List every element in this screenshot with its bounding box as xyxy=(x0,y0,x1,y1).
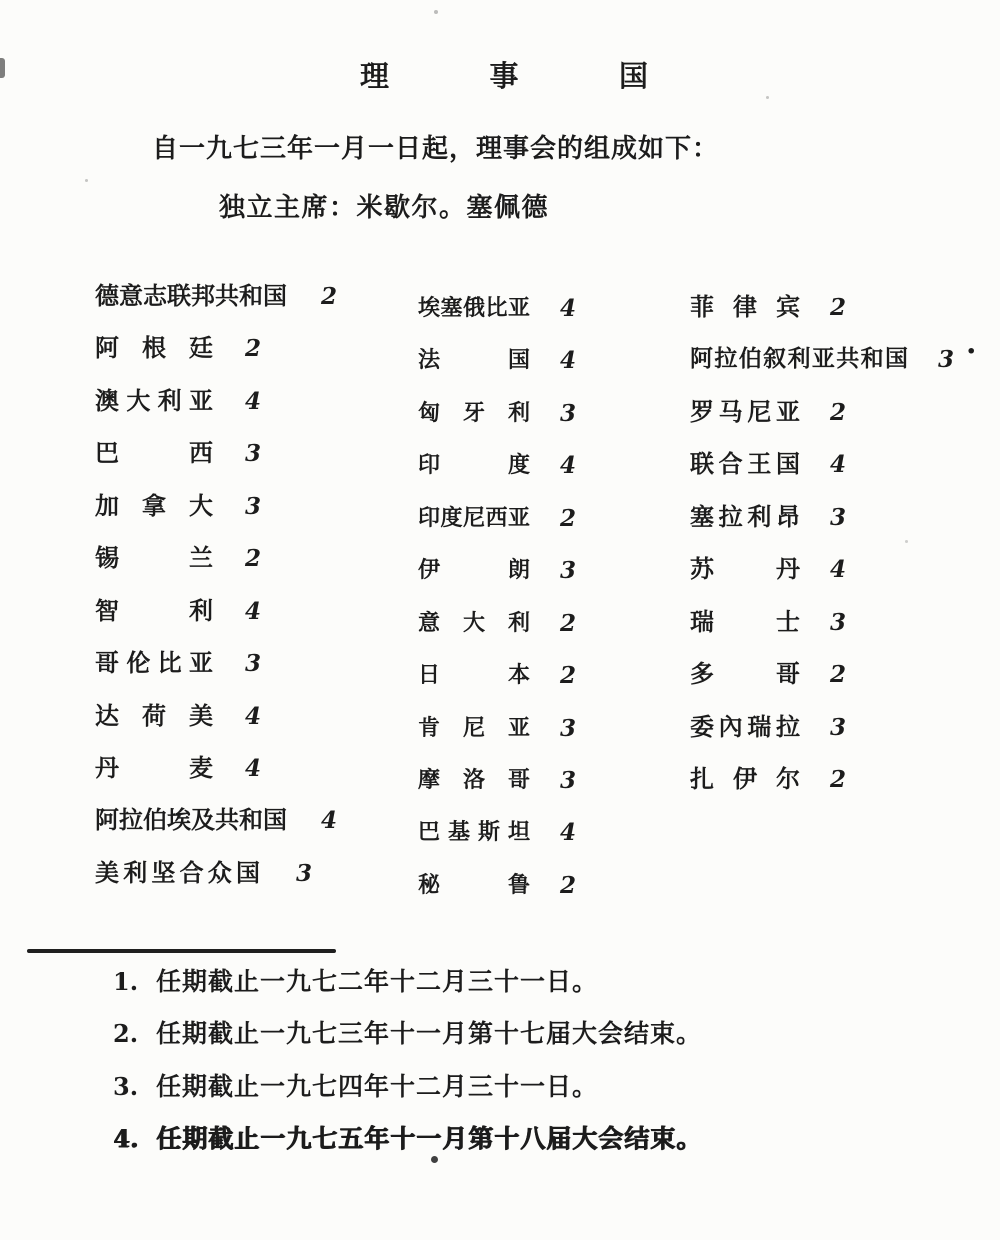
country-name: 苏丹 xyxy=(690,554,800,584)
member-row: 埃塞俄比亚4 xyxy=(418,293,576,345)
footnote-item: 1.任期截止一九七二年十二月三十一日。 xyxy=(113,966,702,1018)
member-row: 塞拉利昂3 xyxy=(690,502,976,554)
term-length-number: 4 xyxy=(830,449,846,480)
term-length-number: 2 xyxy=(560,870,576,901)
term-length-number: 3 xyxy=(296,858,312,889)
scan-speck xyxy=(434,10,438,14)
country-name: 瑞士 xyxy=(690,607,800,637)
footnote-item: 4.任期截止一九七五年十一月第十八届大会结束。 xyxy=(113,1123,702,1175)
term-length-number: 3 xyxy=(245,438,261,469)
country-name: 阿拉伯埃及共和国 xyxy=(95,805,287,835)
term-length-number: 3 xyxy=(938,344,954,375)
term-length-number: 4 xyxy=(560,293,576,324)
term-length-number: 2 xyxy=(321,281,337,312)
term-length-number: 2 xyxy=(830,764,846,795)
member-column-2: 埃塞俄比亚4法国4匈牙利3印度4印度尼西亚2伊朗3意大利2日本2肯尼亚3摩洛哥3… xyxy=(418,293,576,922)
term-length-number: 3 xyxy=(560,765,576,796)
footnote-number: 1. xyxy=(113,966,156,1018)
member-column-1: 德意志联邦共和国2阿根廷2澳大利亚4巴西3加拿大3锡兰2智利4哥伦比亚3达荷美4… xyxy=(95,281,337,910)
footnote-number: 3. xyxy=(113,1071,156,1123)
footnote-item: 2.任期截止一九七三年十一月第十七届大会结束。 xyxy=(113,1018,702,1070)
term-length-number: 2 xyxy=(560,503,576,534)
term-length-number: 4 xyxy=(245,701,261,732)
term-length-number: 3 xyxy=(830,607,846,638)
member-row: 巴西3 xyxy=(95,438,337,490)
country-name: 扎伊尔 xyxy=(690,764,800,794)
country-name: 阿拉伯叙利亚共和国 xyxy=(690,344,908,374)
member-row: 多哥2 xyxy=(690,659,976,711)
footnote-item: 3.任期截止一九七四年十二月三十一日。 xyxy=(113,1071,702,1123)
member-row: 秘鲁2 xyxy=(418,870,576,922)
member-row: 达荷美4 xyxy=(95,701,337,753)
country-name: 埃塞俄比亚 xyxy=(418,293,530,323)
term-length-number: 2 xyxy=(830,292,846,323)
member-row: 匈牙利3 xyxy=(418,398,576,450)
country-name: 委內瑞拉 xyxy=(690,712,800,742)
member-row: 印度尼西亚2 xyxy=(418,503,576,555)
member-row: 委內瑞拉3 xyxy=(690,712,976,764)
country-name: 锡兰 xyxy=(95,543,213,573)
footnote-text: 任期截止一九七三年十一月第十七届大会结束。 xyxy=(156,1018,702,1070)
footnote-number: 4. xyxy=(113,1123,156,1175)
country-name: 肯尼亚 xyxy=(418,713,530,743)
member-row: 瑞士3 xyxy=(690,607,976,659)
country-name: 丹麦 xyxy=(95,753,213,783)
country-name: 澳大利亚 xyxy=(95,386,213,416)
country-name: 匈牙利 xyxy=(418,398,530,428)
footnote-number: 2. xyxy=(113,1018,156,1070)
country-name: 罗马尼亚 xyxy=(690,397,800,427)
country-name: 印度 xyxy=(418,450,530,480)
term-length-number: 2 xyxy=(245,333,261,364)
term-length-number: 4 xyxy=(560,345,576,376)
country-name: 德意志联邦共和国 xyxy=(95,281,287,311)
member-row: 阿拉伯叙利亚共和国3· xyxy=(690,344,976,396)
member-row: 联合王国4 xyxy=(690,449,976,501)
member-row: 印度4 xyxy=(418,450,576,502)
member-row: 澳大利亚4 xyxy=(95,386,337,438)
country-name: 多哥 xyxy=(690,659,800,689)
member-row: 锡兰2 xyxy=(95,543,337,595)
term-length-number: 3 xyxy=(830,712,846,743)
country-name: 哥伦比亚 xyxy=(95,648,213,678)
member-column-3: 菲律宾2阿拉伯叙利亚共和国3·罗马尼亚2联合王国4塞拉利昂3苏丹4瑞士3多哥2委… xyxy=(690,292,976,816)
country-name: 达荷美 xyxy=(95,701,213,731)
footnote-divider-line xyxy=(27,949,336,953)
country-name: 加拿大 xyxy=(95,491,213,521)
country-name: 联合王国 xyxy=(690,449,800,479)
member-row: 日本2 xyxy=(418,660,576,712)
member-row: 肯尼亚3 xyxy=(418,713,576,765)
member-row: 哥伦比亚3 xyxy=(95,648,337,700)
independent-chairman-line: 独立主席：米歇尔。塞佩德 xyxy=(219,187,549,224)
footnotes-section: 1.任期截止一九七二年十二月三十一日。2.任期截止一九七三年十一月第十七届大会结… xyxy=(113,966,702,1175)
term-length-number: 2 xyxy=(560,608,576,639)
country-name: 美利坚合众国 xyxy=(95,858,260,888)
term-length-number: 3 xyxy=(830,502,846,533)
ink-dot xyxy=(431,1156,438,1163)
country-name: 秘鲁 xyxy=(418,870,530,900)
member-row: 阿根廷2 xyxy=(95,333,337,385)
country-name: 摩洛哥 xyxy=(418,765,530,795)
term-length-number: 4 xyxy=(560,450,576,481)
term-length-number: 2 xyxy=(830,659,846,690)
country-name: 智利 xyxy=(95,596,213,626)
country-name: 菲律宾 xyxy=(690,292,800,322)
footnote-text: 任期截止一九七四年十二月三十一日。 xyxy=(156,1071,598,1123)
member-row: 伊朗3 xyxy=(418,555,576,607)
page-title: 理事国 xyxy=(360,54,648,95)
term-length-number: 3 xyxy=(560,398,576,429)
member-row: 加拿大3 xyxy=(95,491,337,543)
member-row: 阿拉伯埃及共和国4 xyxy=(95,805,337,857)
member-row: 菲律宾2 xyxy=(690,292,976,344)
scan-edge-mark xyxy=(0,58,5,78)
country-name: 阿根廷 xyxy=(95,333,213,363)
member-row: 美利坚合众国3 xyxy=(95,858,337,910)
term-length-number: 4 xyxy=(245,753,261,784)
footnote-text: 任期截止一九七五年十一月第十八届大会结束。 xyxy=(156,1123,702,1175)
country-name: 巴西 xyxy=(95,438,213,468)
country-name: 印度尼西亚 xyxy=(418,503,530,533)
footnote-mark-dot: · xyxy=(966,341,976,363)
scan-speck xyxy=(766,96,769,99)
term-length-number: 4 xyxy=(560,817,576,848)
country-name: 意大利 xyxy=(418,608,530,638)
member-row: 苏丹4 xyxy=(690,554,976,606)
scan-speck xyxy=(905,540,908,543)
term-length-number: 3 xyxy=(245,491,261,522)
country-name: 巴基斯坦 xyxy=(418,817,530,847)
term-length-number: 2 xyxy=(830,397,846,428)
term-length-number: 3 xyxy=(245,648,261,679)
member-row: 德意志联邦共和国2 xyxy=(95,281,337,333)
country-name: 日本 xyxy=(418,660,530,690)
scan-speck xyxy=(85,179,88,182)
country-name: 法国 xyxy=(418,345,530,375)
member-row: 摩洛哥3 xyxy=(418,765,576,817)
term-length-number: 3 xyxy=(560,555,576,586)
member-row: 扎伊尔2 xyxy=(690,764,976,816)
footnote-text: 任期截止一九七二年十二月三十一日。 xyxy=(156,966,598,1018)
term-length-number: 2 xyxy=(245,543,261,574)
member-row: 罗马尼亚2 xyxy=(690,397,976,449)
member-row: 巴基斯坦4 xyxy=(418,817,576,869)
member-row: 智利4 xyxy=(95,596,337,648)
member-row: 丹麦4 xyxy=(95,753,337,805)
intro-text: 自一九七三年一月一日起，理事会的组成如下： xyxy=(152,128,719,165)
member-row: 法国4 xyxy=(418,345,576,397)
term-length-number: 4 xyxy=(830,554,846,585)
term-length-number: 3 xyxy=(560,713,576,744)
term-length-number: 4 xyxy=(321,805,337,836)
member-row: 意大利2 xyxy=(418,608,576,660)
term-length-number: 4 xyxy=(245,596,261,627)
term-length-number: 2 xyxy=(560,660,576,691)
term-length-number: 4 xyxy=(245,386,261,417)
country-name: 伊朗 xyxy=(418,555,530,585)
country-name: 塞拉利昂 xyxy=(690,502,800,532)
